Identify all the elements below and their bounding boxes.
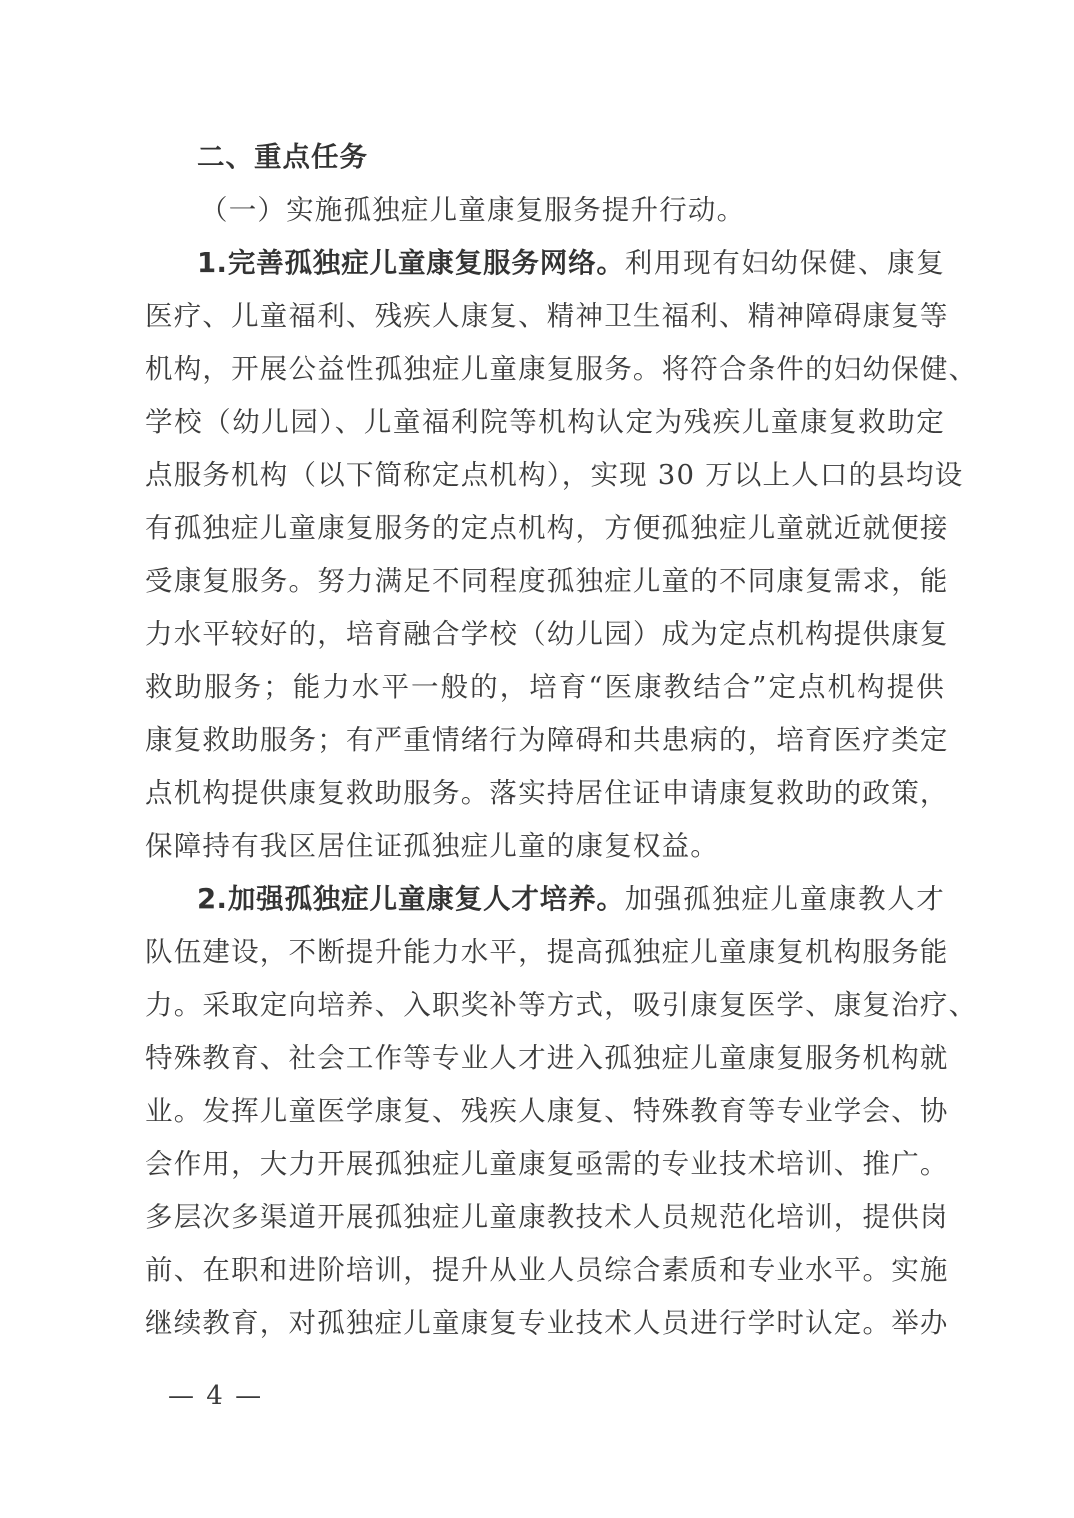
paragraph-line: 力水平较好的，培育融合学校（幼儿园）成为定点机构提供康复 xyxy=(145,614,945,654)
page-number: — 4 — xyxy=(168,1376,263,1416)
document-page: 二、重点任务 （一）实施孤独症儿童康复服务提升行动。 1.完善孤独症儿童康复服务… xyxy=(0,0,1074,1518)
item-1-title: 1.完善孤独症儿童康复服务网络。 xyxy=(197,247,625,279)
item-2-first-line-text: 加强孤独症儿童康教人才 xyxy=(625,883,945,915)
paragraph-line: 力。采取定向培养、入职奖补等方式，吸引康复医学、康复治疗、 xyxy=(145,985,945,1025)
paragraph-line: 业。发挥儿童医学康复、残疾人康复、特殊教育等专业学会、协 xyxy=(145,1091,945,1131)
paragraph-line: 救助服务；能力水平一般的，培育“医康教结合”定点机构提供 xyxy=(145,667,945,707)
subsection-heading: （一）实施孤独症儿童康复服务提升行动。 xyxy=(200,190,1000,230)
section-heading: 二、重点任务 xyxy=(197,137,997,177)
paragraph-line: 会作用，大力开展孤独症儿童康复亟需的专业技术培训、推广。 xyxy=(145,1144,945,1184)
paragraph-line: 机构，开展公益性孤独症儿童康复服务。将符合条件的妇幼保健、 xyxy=(145,349,945,389)
paragraph-line: 队伍建设，不断提升能力水平，提高孤独症儿童康复机构服务能 xyxy=(145,932,945,972)
paragraph-line: 康复救助服务；有严重情绪行为障碍和共患病的，培育医疗类定 xyxy=(145,720,945,760)
paragraph-line: 保障持有我区居住证孤独症儿童的康复权益。 xyxy=(145,826,945,866)
paragraph-line: 医疗、儿童福利、残疾人康复、精神卫生福利、精神障碍康复等 xyxy=(145,296,945,336)
item-1-first-line: 1.完善孤独症儿童康复服务网络。利用现有妇幼保健、康复 xyxy=(197,243,945,283)
paragraph-line: 学校（幼儿园）、儿童福利院等机构认定为残疾儿童康复救助定 xyxy=(145,402,945,442)
paragraph-line: 受康复服务。努力满足不同程度孤独症儿童的不同康复需求，能 xyxy=(145,561,945,601)
paragraph-line: 有孤独症儿童康复服务的定点机构，方便孤独症儿童就近就便接 xyxy=(145,508,945,548)
paragraph-line: 点服务机构（以下简称定点机构），实现 30 万以上人口的县均设 xyxy=(145,455,945,495)
paragraph-line: 前、在职和进阶培训，提升从业人员综合素质和专业水平。实施 xyxy=(145,1250,945,1290)
paragraph-line: 特殊教育、社会工作等专业人才进入孤独症儿童康复服务机构就 xyxy=(145,1038,945,1078)
paragraph-line: 继续教育，对孤独症儿童康复专业技术人员进行学时认定。举办 xyxy=(145,1303,945,1343)
item-2-title: 2.加强孤独症儿童康复人才培养。 xyxy=(197,883,625,915)
item-2-first-line: 2.加强孤独症儿童康复人才培养。加强孤独症儿童康教人才 xyxy=(197,879,945,919)
paragraph-line: 点机构提供康复救助服务。落实持居住证申请康复救助的政策， xyxy=(145,773,945,813)
paragraph-line: 多层次多渠道开展孤独症儿童康教技术人员规范化培训，提供岗 xyxy=(145,1197,945,1237)
item-1-first-line-text: 利用现有妇幼保健、康复 xyxy=(625,247,945,279)
